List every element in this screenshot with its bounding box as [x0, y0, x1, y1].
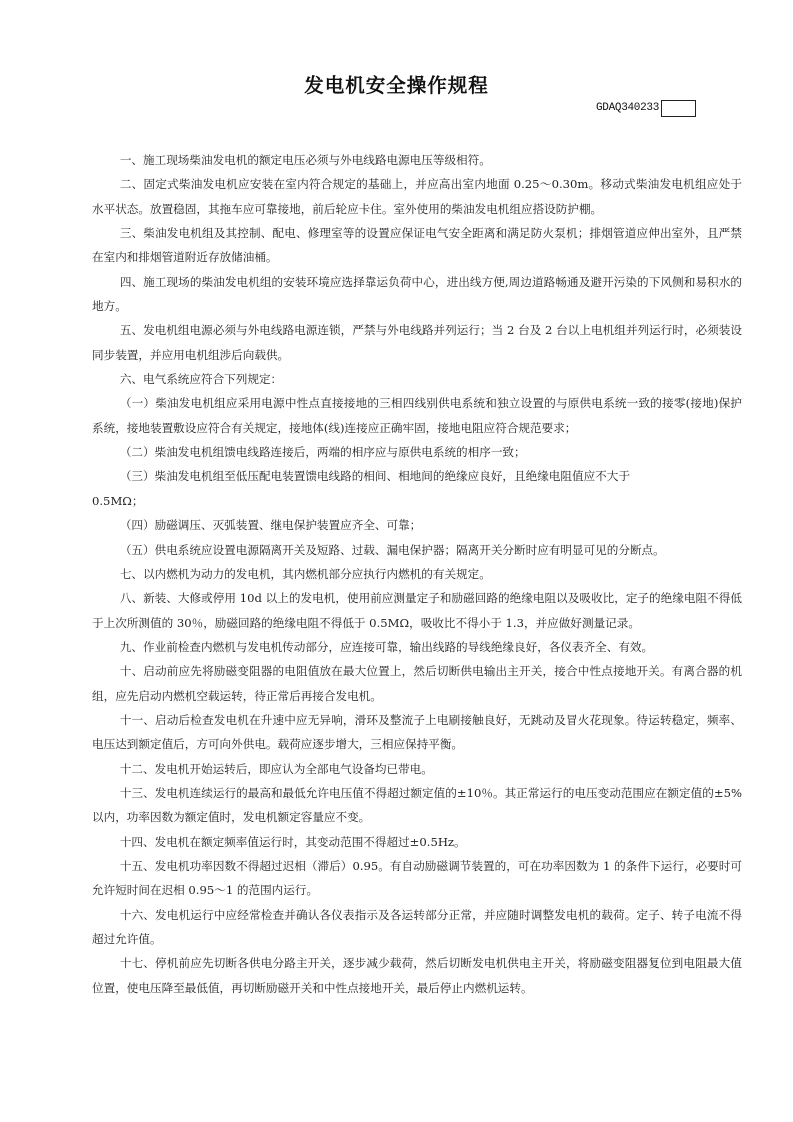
clause-11: 十一、启动后检查发电机在升速中应无异响，滑环及整流子上电刷接触良好，无跳动及冒火… — [92, 708, 742, 757]
clause-16: 十六、发电机运行中应经常检查并确认各仪表指示及各运转部分正常，并应随时调整发电机… — [92, 903, 742, 952]
clause-14: 十四、发电机在额定频率值运行时，其变动范围不得超过±0.5Hz。 — [92, 830, 742, 854]
clause-4: 四、施工现场的柴油发电机组的安装环境应选择靠运负荷中心，进出线方便,周边道路畅通… — [92, 270, 742, 319]
document-code-box — [661, 100, 696, 117]
clause-6-item-3-continued: 0.5MΩ； — [92, 489, 742, 513]
clause-15: 十五、发电机功率因数不得超过迟相（滞后）0.95。有自动励磁调节装置的，可在功率… — [92, 854, 742, 903]
clause-1: 一、施工现场柴油发电机的额定电压必须与外电线路电源电压等级相符。 — [92, 148, 742, 172]
clause-10: 十、启动前应先将励磁变阻器的电阻值放在最大位置上，然后切断供电输出主开关，接合中… — [92, 659, 742, 708]
clause-5: 五、发电机组电源必须与外电线路电源连锁，严禁与外电线路并列运行；当 2 台及 2… — [92, 318, 742, 367]
document-title: 发电机安全操作规程 — [0, 70, 793, 98]
clause-9: 九、作业前检查内燃机与发电机传动部分，应连接可靠，输出线路的导线绝缘良好，各仪表… — [92, 635, 742, 659]
clause-2: 二、固定式柴油发电机应安装在室内符合规定的基础上，并应高出室内地面 0.25～0… — [92, 172, 742, 221]
clause-7: 七、以内燃机为动力的发电机，其内燃机部分应执行内燃机的有关规定。 — [92, 562, 742, 586]
clause-13: 十三、发电机连续运行的最高和最低允许电压值不得超过额定值的±10％。其正常运行的… — [92, 781, 742, 830]
clause-3: 三、柴油发电机组及其控制、配电、修理室等的设置应保证电气安全距离和满足防火泵机；… — [92, 221, 742, 270]
clause-6-item-5: （五）供电系统应设置电源隔离开关及短路、过载、漏电保护器；隔离开关分断时应有明显… — [92, 538, 742, 562]
clause-6: 六、电气系统应符合下列规定： — [92, 367, 742, 391]
clause-8: 八、新装、大修或停用 10d 以上的发电机，使用前应测量定子和励磁回路的绝缘电阻… — [92, 586, 742, 635]
document-code-row: GDAQ340233 — [596, 98, 696, 118]
clause-6-item-1: （一）柴油发电机组应采用电源中性点直接接地的三相四线别供电系统和独立设置的与原供… — [92, 391, 742, 440]
document-body: 一、施工现场柴油发电机的额定电压必须与外电线路电源电压等级相符。 二、固定式柴油… — [92, 148, 742, 1000]
clause-12: 十二、发电机开始运转后，即应认为全部电气设备均已带电。 — [92, 757, 742, 781]
clause-6-item-4: （四）励磁调压、灭弧装置、继电保护装置应齐全、可靠； — [92, 513, 742, 537]
document-code: GDAQ340233 — [596, 102, 659, 114]
clause-6-item-3: （三）柴油发电机组至低压配电装置馈电线路的相间、相地间的绝缘应良好，且绝缘电阻值… — [92, 464, 742, 488]
clause-17: 十七、停机前应先切断各供电分路主开关，逐步减少载荷，然后切断发电机供电主开关，将… — [92, 951, 742, 1000]
clause-6-item-2: （二）柴油发电机组馈电线路连接后，两端的相序应与原供电系统的相序一致； — [92, 440, 742, 464]
document-page: 发电机安全操作规程 GDAQ340233 一、施工现场柴油发电机的额定电压必须与… — [0, 0, 793, 1122]
